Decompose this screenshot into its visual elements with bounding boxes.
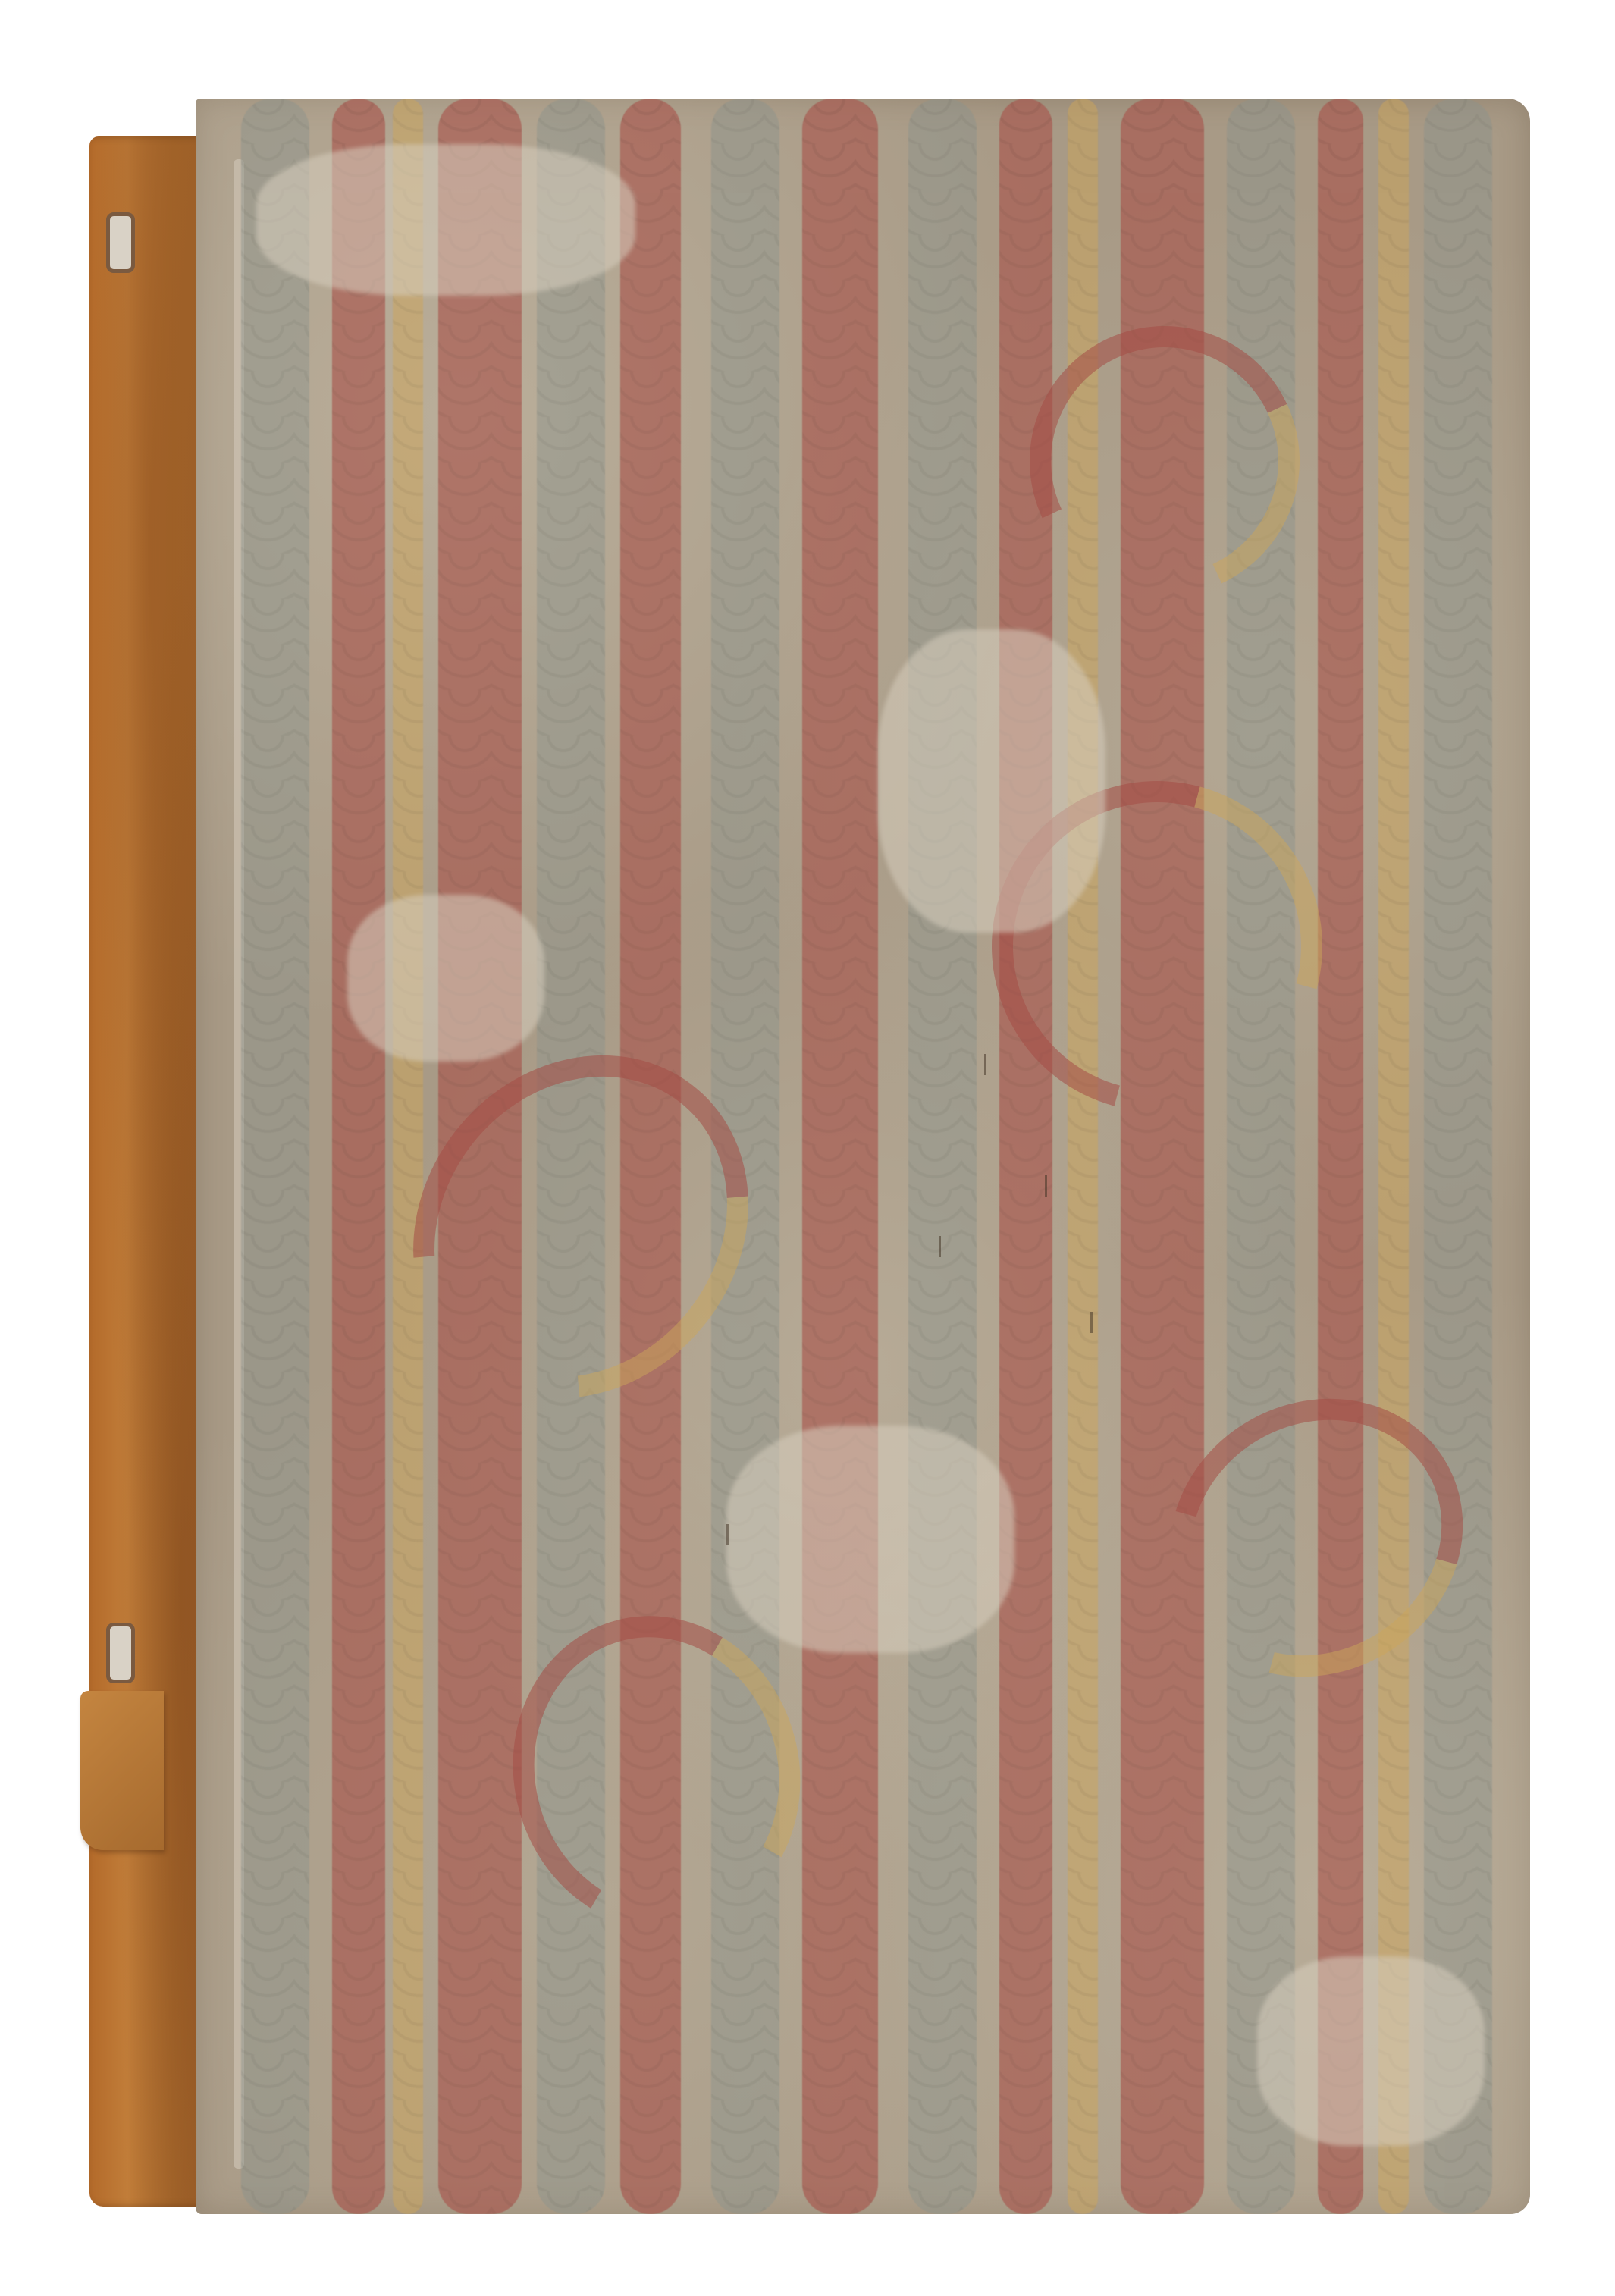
marble-band-grey [241,99,309,2214]
torn-spine-flap [80,1691,164,1850]
wear-patch [878,629,1105,933]
stitch-bottom [106,1623,135,1683]
marble-band-red [1318,99,1363,2214]
scratch-mark [1045,1175,1047,1197]
marbled-cover-board [196,99,1530,2214]
marble-band-grey [1424,99,1492,2214]
book [59,99,1530,2214]
scratch-mark [939,1236,941,1257]
wear-patch [347,895,544,1062]
marble-band-grey [908,99,977,2214]
marble-band-red [332,99,385,2214]
wear-patch [726,1426,1014,1653]
scratch-mark [1090,1312,1093,1333]
wear-patch [256,144,635,296]
marble-band-ochre [1378,99,1409,2214]
marble-band-ochre [393,99,423,2214]
marble-band-red [802,99,878,2214]
wear-patch [1257,1956,1485,2146]
marble-swirl [478,1583,836,1962]
scratch-mark [726,1524,729,1545]
stitch-top [106,212,135,273]
scratch-mark [984,1054,986,1075]
